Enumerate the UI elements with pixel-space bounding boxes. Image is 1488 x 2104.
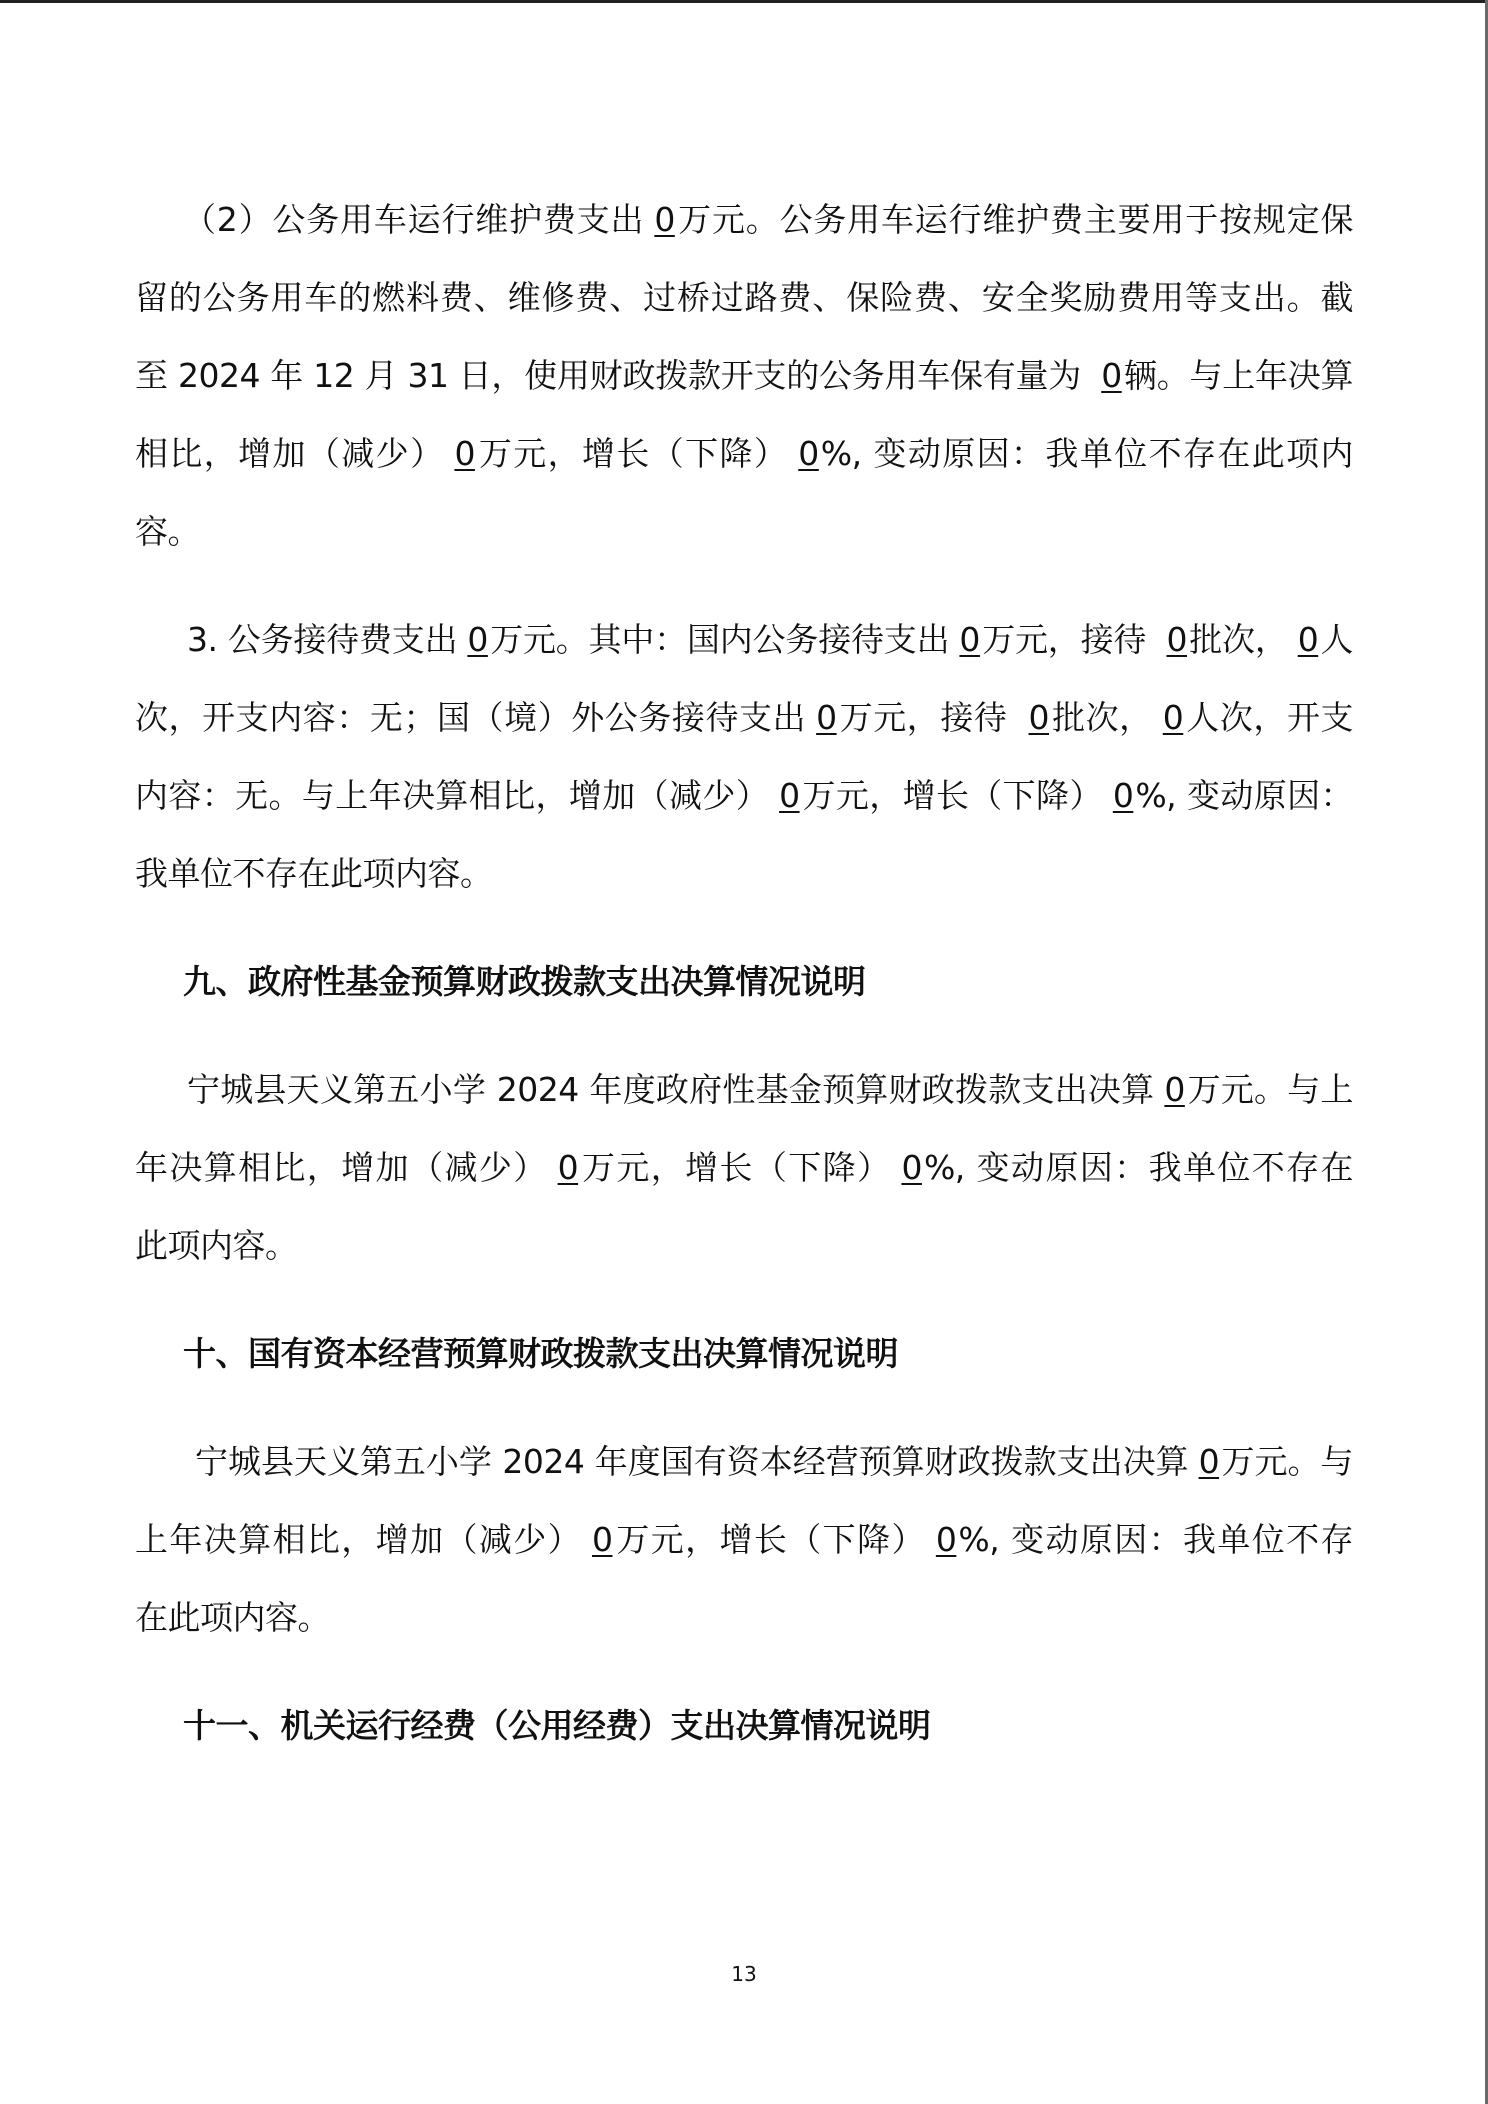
value-foreign-batches: 0 (1019, 698, 1052, 737)
text-segment: 上年决算相比，增加（减少） (135, 1520, 582, 1559)
text-segment: 万元，增长（下降） (802, 776, 1103, 815)
section-10-line-3: 在此项内容。 (135, 1598, 330, 1638)
car-maintenance-line-3: 至 2024 年 12 月 31 日，使用财政拨款开支的公务用车保有量为 0辆。… (135, 356, 1353, 396)
value-change-percent: 0 (926, 1520, 959, 1559)
value-fund-expenditure: 0 (1154, 1070, 1187, 1109)
value-state-capital-expenditure: 0 (1189, 1442, 1222, 1481)
value-change-amount: 0 (769, 776, 802, 815)
section-11-heading: 十一、机关运行经费（公用经费）支出决算情况说明 (135, 1706, 931, 1746)
text-segment: 相比，增加（减少） (135, 434, 444, 473)
section-9-heading: 九、政府性基金预算财政拨款支出决算情况说明 (135, 962, 866, 1002)
page-top-border (0, 0, 1488, 3)
value-foreign-reception: 0 (806, 698, 839, 737)
reception-line-2: 次，开支内容：无；国（境）外公务接待支出0万元，接待 0批次，0人次，开支 (135, 698, 1353, 738)
reception-line-3: 内容：无。与上年决算相比，增加（减少）0万元，增长（下降）0%, 变动原因： (135, 776, 1353, 816)
value-change-amount: 0 (444, 434, 477, 473)
car-maintenance-line-1: （2）公务用车运行维护费支出0万元。公务用车运行维护费主要用于按规定保 (135, 200, 1353, 240)
text-segment: %, 变动原因：我单位不存在此项内 (821, 434, 1353, 473)
reception-line-4: 我单位不存在此项内容。 (135, 854, 493, 894)
section-10-line-1: 宁城县天义第五小学 2024 年度国有资本经营预算财政拨款支出决算0万元。与 (135, 1442, 1353, 1482)
value-reception-total: 0 (457, 620, 490, 659)
text-segment: 容。 (135, 512, 200, 551)
value-foreign-persons: 0 (1153, 698, 1186, 737)
text-segment: 年决算相比，增加（减少） (135, 1148, 548, 1187)
text-segment: %, 变动原因： (1135, 776, 1353, 815)
section-10-heading: 十、国有资本经营预算财政拨款支出决算情况说明 (135, 1334, 898, 1374)
text-segment: 至 2024 年 12 月 31 日，使用财政拨款开支的公务用车保有量为 (135, 356, 1091, 395)
car-maintenance-line-5: 容。 (135, 512, 200, 552)
value-change-amount: 0 (548, 1148, 581, 1187)
text-segment: %, 变动原因：我单位不存 (958, 1520, 1353, 1559)
section-9-line-3: 此项内容。 (135, 1226, 298, 1266)
value-car-maintenance-amount: 0 (644, 200, 677, 239)
text-segment: 人次，开支 (1185, 698, 1353, 737)
text-segment: 万元，增长（下降） (580, 1148, 891, 1187)
text-segment: 此项内容。 (135, 1226, 298, 1265)
text-segment: 万元。公务用车运行维护费主要用于按规定保 (677, 200, 1353, 239)
text-segment: 宁城县天义第五小学 2024 年度政府性基金预算财政拨款支出决算 (187, 1070, 1154, 1109)
section-9-line-2: 年决算相比，增加（减少）0万元，增长（下降）0%, 变动原因：我单位不存在 (135, 1148, 1353, 1188)
text-segment: 批次， (1189, 620, 1288, 659)
text-segment: 次，开支内容：无；国（境）外公务接待支出 (135, 698, 806, 737)
car-maintenance-line-4: 相比，增加（减少）0万元，增长（下降）0%, 变动原因：我单位不存在此项内 (135, 434, 1353, 474)
text-segment: 宁城县天义第五小学 2024 年度国有资本经营预算财政拨款支出决算 (195, 1442, 1189, 1481)
text-segment: 辆。与上年决算 (1124, 356, 1353, 395)
text-segment: %, 变动原因：我单位不存在 (924, 1148, 1353, 1187)
text-segment: 万元。其中：国内公务接待支出 (490, 620, 950, 659)
text-segment: 我单位不存在此项内容。 (135, 854, 493, 893)
text-segment: 万元。与上 (1187, 1070, 1353, 1109)
value-change-amount: 0 (582, 1520, 615, 1559)
text-segment: 批次， (1051, 698, 1153, 737)
value-domestic-persons: 0 (1288, 620, 1321, 659)
text-segment: 在此项内容。 (135, 1598, 330, 1637)
text-segment: 3. 公务接待费支出 (187, 620, 457, 659)
page-number: 13 (0, 1962, 1488, 1986)
section-10-line-2: 上年决算相比，增加（减少）0万元，增长（下降）0%, 变动原因：我单位不存 (135, 1520, 1353, 1560)
car-maintenance-line-2: 留的公务用车的燃料费、维修费、过桥过路费、保险费、安全奖励费用等支出。截 (135, 278, 1353, 318)
text-segment: 内容：无。与上年决算相比，增加（减少） (135, 776, 769, 815)
text-segment: 留的公务用车的燃料费、维修费、过桥过路费、保险费、安全奖励费用等支出。截 (135, 278, 1353, 317)
value-domestic-batches: 0 (1157, 620, 1190, 659)
text-segment: 万元，接待 (982, 620, 1157, 659)
text-segment: 万元，接待 (839, 698, 1019, 737)
section-9-line-1: 宁城县天义第五小学 2024 年度政府性基金预算财政拨款支出决算0万元。与上 (135, 1070, 1353, 1110)
reception-line-1: 3. 公务接待费支出0万元。其中：国内公务接待支出0万元，接待 0批次，0人 (135, 620, 1353, 660)
text-segment: （2）公务用车运行维护费支出 (183, 200, 644, 239)
value-change-percent: 0 (1103, 776, 1136, 815)
text-segment: 万元，增长（下降） (477, 434, 788, 473)
text-segment: 万元，增长（下降） (615, 1520, 926, 1559)
text-segment: 人 (1320, 620, 1353, 659)
value-change-percent: 0 (891, 1148, 924, 1187)
text-segment: 万元。与 (1221, 1442, 1353, 1481)
value-change-percent: 0 (788, 434, 821, 473)
value-car-count: 0 (1091, 356, 1124, 395)
value-domestic-reception: 0 (949, 620, 982, 659)
